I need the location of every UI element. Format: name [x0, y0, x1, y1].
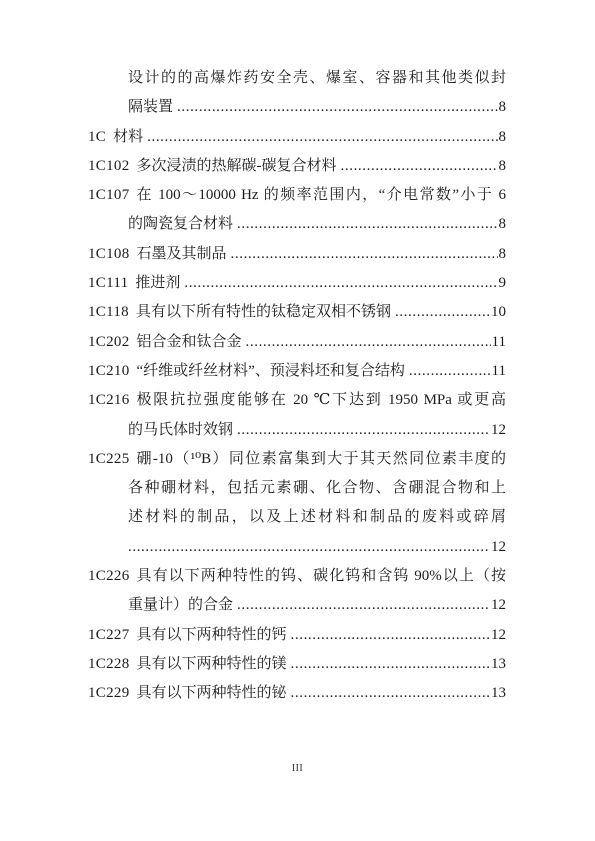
- entry-text: 具有以下两种特性的铋: [137, 679, 287, 708]
- entry-text: 的马氏体时效钢: [128, 416, 233, 445]
- toc-entry: 1C202 铝合金和钛合金 ..........................…: [88, 328, 506, 357]
- toc-entry: 1C 材料 ..................................…: [88, 123, 506, 152]
- entry-text: 具有以下两种特性的钙: [137, 621, 287, 650]
- dot-leader: ........................................…: [291, 650, 490, 679]
- entry-text: 具有以下两种特性的钨、碳化钨和含钨 90%以上（按: [137, 562, 506, 591]
- dot-leader: ........................................…: [237, 591, 490, 620]
- page-number: 8: [499, 123, 507, 152]
- dot-leader: ........................................…: [341, 152, 498, 181]
- footer-page-number: III: [0, 763, 595, 774]
- toc-line-continuation: 隔装置 ....................................…: [88, 93, 506, 122]
- entry-text: 设计的的高爆炸药安全壳、爆室、容器和其他类似封: [128, 64, 506, 93]
- page-number: 10: [491, 298, 506, 327]
- toc-entry: 1C118 具有以下所有特性的钛稳定双相不锈钢 ................…: [88, 298, 506, 327]
- page-number: 12: [491, 621, 506, 650]
- page-number: 11: [492, 328, 506, 357]
- entry-text: “纤维或纤丝材料”、预浸料坯和复合结构: [137, 357, 405, 386]
- page-number: 8: [499, 240, 507, 269]
- entry-code: 1C118: [88, 298, 129, 327]
- table-of-contents: 设计的的高爆炸药安全壳、爆室、容器和其他类似封 隔装置 ............…: [88, 64, 506, 709]
- entry-text: 在 100～10000 Hz 的频率范围内，“介电常数”小于 6: [137, 181, 506, 210]
- page-number: 12: [491, 533, 506, 562]
- dot-leader: ........................................…: [409, 357, 491, 386]
- toc-entry: 1C102 多次浸渍的热解碳-碳复合材料 ...................…: [88, 152, 506, 181]
- page-number: 12: [491, 416, 506, 445]
- entry-text: 极限抗拉强度能够在 20 ℃下达到 1950 MPa 或更高: [137, 386, 506, 415]
- entry-code: 1C: [88, 123, 106, 152]
- toc-line-continuation: 的马氏体时效钢 ................................…: [88, 416, 506, 445]
- toc-entry: 1C226 具有以下两种特性的钨、碳化钨和含钨 90%以上（按: [88, 562, 506, 591]
- toc-line-continuation: 述材料的制品，以及上述材料和制品的废料或碎屑: [88, 503, 506, 532]
- page-number: 13: [491, 679, 506, 708]
- entry-code: 1C111: [88, 269, 128, 298]
- entry-code: 1C216: [88, 386, 130, 415]
- entry-text: 重量计）的合金: [128, 591, 233, 620]
- entry-code: 1C225: [88, 445, 130, 474]
- dot-leader: ........................................…: [231, 240, 498, 269]
- dot-leader: ........................................…: [395, 298, 490, 327]
- entry-text: 石墨及其制品: [137, 240, 227, 269]
- toc-line-continuation: 重量计）的合金 ................................…: [88, 591, 506, 620]
- entry-code: 1C108: [88, 240, 130, 269]
- toc-entry: 1C227 具有以下两种特性的钙 .......................…: [88, 621, 506, 650]
- toc-line-continuation: 设计的的高爆炸药安全壳、爆室、容器和其他类似封: [88, 64, 506, 93]
- entry-text: 具有以下所有特性的钛稳定双相不锈钢: [136, 298, 391, 327]
- entry-text: 隔装置: [128, 93, 173, 122]
- dot-leader: ........................................…: [291, 679, 490, 708]
- toc-line-leader-only: ........................................…: [88, 533, 506, 562]
- dot-leader: ........................................…: [128, 533, 490, 562]
- toc-entry: 1C229 具有以下两种特性的铋 .......................…: [88, 679, 506, 708]
- page-number: 11: [492, 357, 506, 386]
- page-number: 8: [499, 152, 507, 181]
- toc-entry: 1C216 极限抗拉强度能够在 20 ℃下达到 1950 MPa 或更高: [88, 386, 506, 415]
- entry-code: 1C227: [88, 621, 130, 650]
- page-number: 8: [499, 93, 507, 122]
- dot-leader: ........................................…: [291, 621, 490, 650]
- entry-text: 推进剂: [135, 269, 180, 298]
- entry-text: 的陶瓷复合材料: [128, 210, 233, 239]
- entry-text: 铝合金和钛合金: [137, 328, 242, 357]
- entry-text: 多次浸渍的热解碳-碳复合材料: [137, 152, 337, 181]
- entry-code: 1C107: [88, 181, 130, 210]
- toc-entry: 1C228 具有以下两种特性的镁 .......................…: [88, 650, 506, 679]
- toc-entry: 1C111 推进剂 ..............................…: [88, 269, 506, 298]
- entry-text: 材料: [113, 123, 143, 152]
- entry-code: 1C228: [88, 650, 130, 679]
- entry-code: 1C202: [88, 328, 130, 357]
- dot-leader: ........................................…: [237, 416, 490, 445]
- entry-text: 硼-10（¹⁰B）同位素富集到大于其天然同位素丰度的: [137, 445, 506, 474]
- entry-code: 1C210: [88, 357, 130, 386]
- entry-code: 1C226: [88, 562, 130, 591]
- toc-line-continuation: 各种硼材料，包括元素硼、化合物、含硼混合物和上: [88, 474, 506, 503]
- entry-code: 1C102: [88, 152, 130, 181]
- dot-leader: ........................................…: [177, 93, 497, 122]
- page-number: 8: [499, 210, 507, 239]
- page-number: 13: [491, 650, 506, 679]
- dot-leader: ........................................…: [147, 123, 497, 152]
- dot-leader: ........................................…: [246, 328, 491, 357]
- entry-text: 各种硼材料，包括元素硼、化合物、含硼混合物和上: [128, 474, 506, 503]
- page-number: 12: [491, 591, 506, 620]
- toc-line-continuation: 的陶瓷复合材料 ................................…: [88, 210, 506, 239]
- dot-leader: ........................................…: [237, 210, 497, 239]
- toc-entry: 1C108 石墨及其制品 ...........................…: [88, 240, 506, 269]
- toc-entry: 1C107 在 100～10000 Hz 的频率范围内，“介电常数”小于 6: [88, 181, 506, 210]
- document-page: 设计的的高爆炸药安全壳、爆室、容器和其他类似封 隔装置 ............…: [0, 0, 595, 841]
- entry-code: 1C229: [88, 679, 130, 708]
- dot-leader: ........................................…: [184, 269, 497, 298]
- entry-text: 述材料的制品，以及上述材料和制品的废料或碎屑: [128, 503, 506, 532]
- page-number: 9: [499, 269, 507, 298]
- entry-text: 具有以下两种特性的镁: [137, 650, 287, 679]
- toc-entry: 1C225 硼-10（¹⁰B）同位素富集到大于其天然同位素丰度的: [88, 445, 506, 474]
- toc-entry: 1C210 “纤维或纤丝材料”、预浸料坯和复合结构 ..............…: [88, 357, 506, 386]
